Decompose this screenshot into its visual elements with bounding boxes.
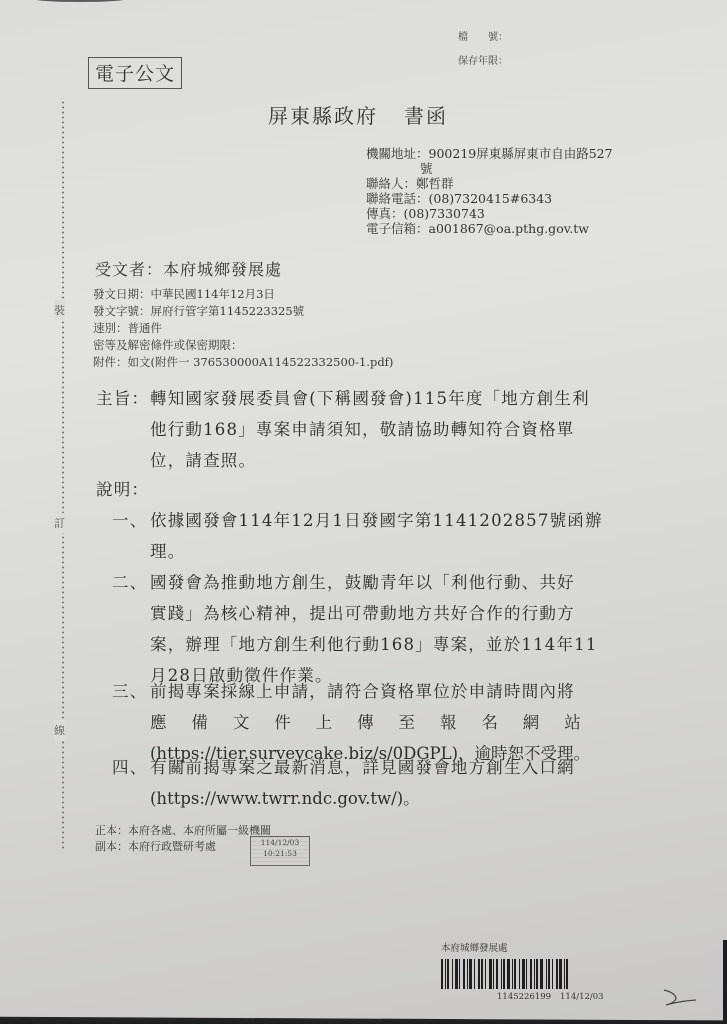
photo-edge-right xyxy=(723,940,727,1024)
address-label: 機關地址： xyxy=(366,146,429,161)
address-continued: 號 xyxy=(366,161,613,176)
attachment-value[interactable]: 如文(附件一 376530000A114522332500-1.pdf) xyxy=(128,355,394,369)
explanation-item-4: 有關前揭專案之最新消息，詳見國發會地方創生入口網 (https://www.tw… xyxy=(150,752,575,814)
contact-block: 機關地址：900219屏東縣屏東市自由路527 號 聯絡人：鄭哲群 聯絡電話：(… xyxy=(366,146,613,236)
photo-edge-bottom xyxy=(0,1012,727,1024)
spread-char: 件 xyxy=(274,707,292,738)
recipient-value: 本府城鄉發展處 xyxy=(163,260,282,279)
issuer-name: 屏東縣政府 xyxy=(268,104,378,128)
spread-char: 報 xyxy=(440,707,458,738)
item-line: 前揭專案採線上申請，請符合資格單位於申請時間內將 xyxy=(150,676,590,707)
photo-shadow-top xyxy=(30,0,130,2)
subject-line: 他行動168」專案申請須知，敬請協助轉知符合資格單 xyxy=(150,414,590,445)
spread-char: 至 xyxy=(399,707,417,738)
secrecy-row: 密等及解密條件或保密期限： xyxy=(93,337,393,354)
email-value[interactable]: a001867@oa.pthg.gov.tw xyxy=(429,221,589,236)
spread-char: 名 xyxy=(481,707,499,738)
item-line-spread: 應 備 文 件 上 傳 至 報 名 網 站 xyxy=(150,707,582,738)
reference-number-label: 發文字號： xyxy=(93,304,151,318)
item-line: 理。 xyxy=(150,536,603,567)
attachment-label: 附件： xyxy=(93,355,128,369)
item-line: 國發會為推動地方創生，鼓勵青年以「利他行動、共好 xyxy=(150,567,598,598)
speed-value: 普通件 xyxy=(128,321,163,335)
spread-char: 網 xyxy=(523,707,541,738)
item-number-3: 三、 xyxy=(112,676,147,707)
issue-date-row: 發文日期：中華民國114年12月3日 xyxy=(93,286,393,303)
phone-row: 聯絡電話：(08)7320415#6343 xyxy=(366,191,613,206)
fax-value: (08)7330743 xyxy=(404,206,485,221)
spread-char: 站 xyxy=(564,707,582,738)
copy-value: 本府行政暨研考處 xyxy=(128,840,216,853)
document-meta: 發文日期：中華民國114年12月3日 發文字號：屏府行管字第1145223325… xyxy=(93,286,393,371)
address-value: 900219屏東縣屏東市自由路527 xyxy=(429,146,613,161)
original-label: 正本： xyxy=(95,824,128,837)
email-row: 電子信箱：a001867@oa.pthg.gov.tw xyxy=(366,221,613,236)
item-line: 案，辦理「地方創生利他行動168」專案，並於114年11 xyxy=(150,629,598,660)
document-kind: 書函 xyxy=(404,104,448,128)
email-label: 電子信箱： xyxy=(366,221,429,236)
subject-line: 位，請查照。 xyxy=(150,445,590,476)
recipient: 受文者：本府城鄉發展處 xyxy=(95,257,282,280)
item-number-4: 四、 xyxy=(112,752,147,783)
contact-person-row: 聯絡人：鄭哲群 xyxy=(366,176,613,191)
contact-person-label: 聯絡人： xyxy=(366,176,416,191)
handwritten-mark-icon xyxy=(662,987,702,1007)
item-number-1: 一、 xyxy=(112,505,147,536)
subject-line: 轉知國家發展委員會(下稱國發會)115年度「地方創生利 xyxy=(150,383,590,414)
barcode xyxy=(441,959,606,989)
retention-period-label: 保存年限： xyxy=(458,52,508,72)
speed-row: 速別：普通件 xyxy=(93,320,393,337)
item-line: 實踐」為核心精神，提出可帶動地方共好合作的行動方 xyxy=(150,598,598,629)
phone-label: 聯絡電話： xyxy=(366,191,429,206)
binding-char-ding: 訂 xyxy=(54,513,65,533)
attachment-row: 附件：如文(附件一 376530000A114522332500-1.pdf) xyxy=(93,354,393,371)
phone-value: (08)7320415#6343 xyxy=(429,191,553,206)
item-line: 有關前揭專案之最新消息，詳見國發會地方創生入口網 xyxy=(150,752,575,783)
item-line-url[interactable]: (https://www.twrr.ndc.gov.tw/)。 xyxy=(150,783,575,814)
subject-label: 主旨： xyxy=(96,383,149,414)
reference-number-value: 屏府行管字第1145223325號 xyxy=(151,304,305,318)
fax-row: 傳真：(08)7330743 xyxy=(366,206,613,221)
spread-char: 文 xyxy=(233,707,251,738)
secrecy-label: 密等及解密條件或保密期限： xyxy=(93,338,243,352)
explanation-label: 說明： xyxy=(96,474,149,505)
document-title: 屏東縣政府書函 xyxy=(268,100,448,129)
fax-label: 傳真： xyxy=(366,206,404,221)
original-recipients: 正本：本府各處、本府所屬一級機關 xyxy=(95,822,271,838)
issue-date-value: 中華民國114年12月3日 xyxy=(151,287,275,301)
address-row: 機關地址：900219屏東縣屏東市自由路527 xyxy=(366,146,613,161)
barcode-number: 1145226199 xyxy=(497,992,551,1002)
contact-person-value: 鄭哲群 xyxy=(416,176,454,191)
copy-label: 副本： xyxy=(95,840,128,853)
issue-date-label: 發文日期： xyxy=(93,287,151,301)
spread-char: 傳 xyxy=(357,707,375,738)
explanation-item-1: 依據國發會114年12月1日發國字第1141202857號函辦 理。 xyxy=(150,505,603,567)
barcode-unit-label: 本府城鄉發展處 xyxy=(441,940,508,954)
item-number-2: 二、 xyxy=(112,567,147,598)
copy-recipients: 副本：本府行政暨研考處 xyxy=(95,838,216,854)
speed-label: 速別： xyxy=(93,321,128,335)
subject-text: 轉知國家發展委員會(下稱國發會)115年度「地方創生利 他行動168」專案申請須… xyxy=(150,383,590,476)
barcode-date: 114/12/03 xyxy=(560,992,604,1002)
e-document-stamp: 電子公文 xyxy=(88,57,182,89)
item-line: 依據國發會114年12月1日發國字第1141202857號函辦 xyxy=(150,505,603,536)
explanation-item-2: 國發會為推動地方創生，鼓勵青年以「利他行動、共好 實踐」為核心精神，提出可帶動地… xyxy=(150,567,598,691)
spread-char: 上 xyxy=(316,707,334,738)
binding-char-zhuang: 裝 xyxy=(54,300,65,320)
receipt-stamp-time: 10:21:53 xyxy=(251,848,309,859)
receipt-stamp: 114/12/03 10:21:53 xyxy=(250,836,310,866)
archive-number-label: 檔 號： xyxy=(458,28,508,48)
receipt-stamp-date: 114/12/03 xyxy=(251,837,309,848)
recipient-label: 受文者： xyxy=(95,260,163,279)
binding-char-xian: 線 xyxy=(54,720,65,740)
reference-number-row: 發文字號：屏府行管字第1145223325號 xyxy=(93,303,393,320)
spread-char: 應 xyxy=(150,707,168,738)
spread-char: 備 xyxy=(191,707,209,738)
